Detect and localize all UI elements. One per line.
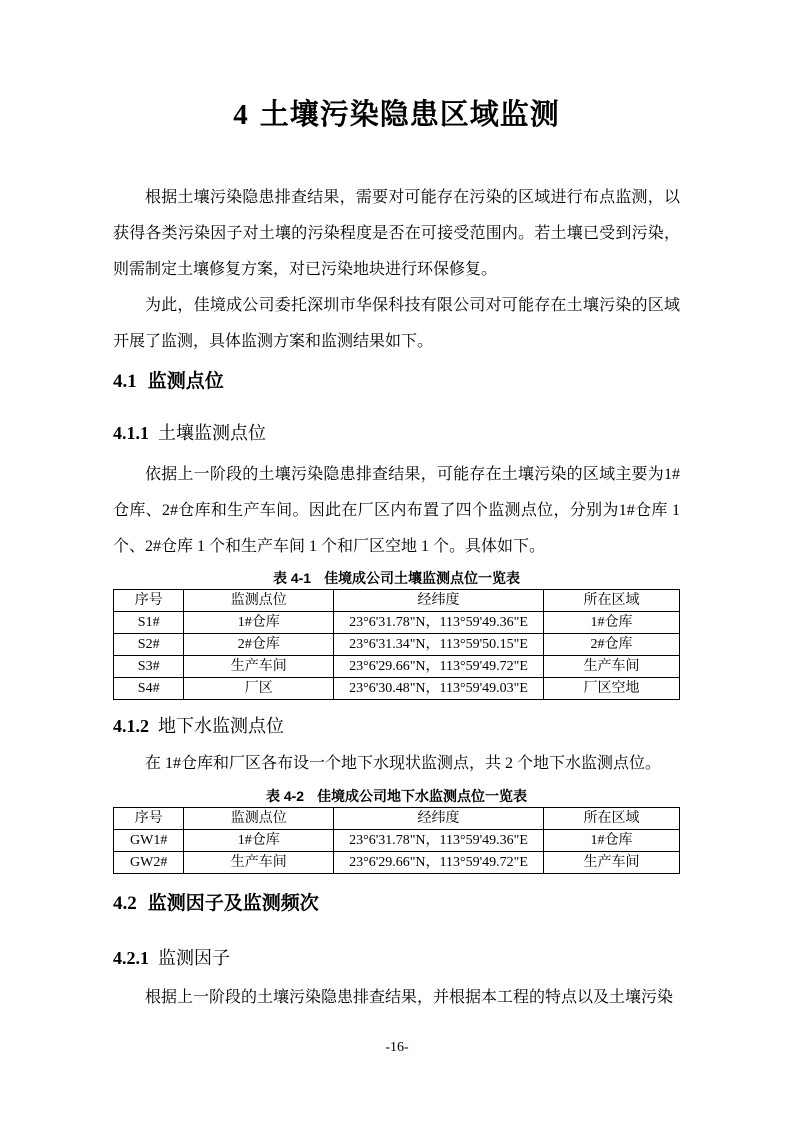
header-cell: 经纬度 [334, 808, 544, 830]
heading-4-1: 4.1监测点位 [113, 368, 680, 395]
heading-4-2-1: 4.2.1监测因子 [113, 945, 680, 972]
cell-serial: S2# [114, 634, 184, 656]
heading-4-2: 4.2监测因子及监测频次 [113, 890, 680, 917]
table-caption-text: 佳境成公司地下水监测点位一览表 [317, 788, 527, 804]
header-cell: 序号 [114, 808, 184, 830]
heading-number: 4.1 [113, 371, 137, 392]
header-cell: 序号 [114, 590, 184, 612]
table-row: GW2# 生产车间 23°6'29.66"N，113°59'49.72"E 生产… [114, 852, 680, 874]
cell-coordinates: 23°6'31.78"N，113°59'49.36"E [334, 612, 544, 634]
header-cell: 监测点位 [184, 808, 334, 830]
paragraph-4-1-1: 依据上一阶段的土壤污染隐患排查结果，可能存在土壤污染的区域主要为1#仓库、2#仓… [113, 457, 680, 565]
cell-point: 生产车间 [184, 656, 334, 678]
heading-text: 土壤监测点位 [158, 423, 266, 443]
table-row: S4# 厂区 23°6'30.48"N，113°59'49.03"E 厂区空地 [114, 678, 680, 700]
chapter-title-text: 土壤污染隐患区域监测 [260, 99, 560, 131]
table-4-2-caption: 表 4-2佳境成公司地下水监测点位一览表 [113, 785, 680, 807]
heading-number: 4.1.1 [113, 423, 149, 443]
cell-point: 2#仓库 [184, 634, 334, 656]
soil-monitoring-table: 序号 监测点位 经纬度 所在区域 S1# 1#仓库 23°6'31.78"N，1… [113, 589, 680, 700]
heading-text: 监测因子 [158, 948, 230, 968]
heading-text: 监测因子及监测频次 [148, 893, 319, 914]
groundwater-monitoring-table: 序号 监测点位 经纬度 所在区域 GW1# 1#仓库 23°6'31.78"N，… [113, 807, 680, 874]
page-title: 4土壤污染隐患区域监测 [113, 96, 680, 134]
chapter-number: 4 [233, 99, 248, 131]
header-cell: 经纬度 [334, 590, 544, 612]
table-header-row: 序号 监测点位 经纬度 所在区域 [114, 808, 680, 830]
table-header-row: 序号 监测点位 经纬度 所在区域 [114, 590, 680, 612]
cell-coordinates: 23°6'31.34"N，113°59'50.15"E [334, 634, 544, 656]
table-4-1-caption: 表 4-1佳境成公司土壤监测点位一览表 [113, 567, 680, 589]
heading-number: 4.1.2 [113, 716, 149, 736]
cell-serial: GW1# [114, 830, 184, 852]
intro-paragraph-1: 根据土壤污染隐患排查结果，需要对可能存在污染的区域进行布点监测，以获得各类污染因… [113, 180, 680, 288]
intro-paragraph-2: 为此，佳境成公司委托深圳市华保科技有限公司对可能存在土壤污染的区域开展了监测，具… [113, 288, 680, 360]
page-number: -16- [0, 1038, 794, 1058]
cell-point: 生产车间 [184, 852, 334, 874]
header-cell: 所在区域 [543, 808, 679, 830]
heading-text: 监测点位 [148, 371, 224, 392]
cell-area: 生产车间 [543, 656, 679, 678]
cell-coordinates: 23°6'29.66"N，113°59'49.72"E [334, 852, 544, 874]
cell-area: 厂区空地 [543, 678, 679, 700]
heading-4-1-1: 4.1.1土壤监测点位 [113, 420, 680, 447]
cell-serial: S3# [114, 656, 184, 678]
cell-area: 1#仓库 [543, 612, 679, 634]
heading-4-1-2: 4.1.2地下水监测点位 [113, 713, 680, 740]
cell-area: 1#仓库 [543, 830, 679, 852]
paragraph-4-1-2: 在 1#仓库和厂区各布设一个地下水现状监测点，共 2 个地下水监测点位。 [113, 746, 680, 782]
cell-serial: GW2# [114, 852, 184, 874]
cell-serial: S1# [114, 612, 184, 634]
table-caption-label: 表 4-1 [273, 570, 311, 586]
table-caption-text: 佳境成公司土壤监测点位一览表 [324, 570, 520, 586]
cell-point: 厂区 [184, 678, 334, 700]
cell-coordinates: 23°6'29.66"N，113°59'49.72"E [334, 656, 544, 678]
table-row: S1# 1#仓库 23°6'31.78"N，113°59'49.36"E 1#仓… [114, 612, 680, 634]
table-caption-label: 表 4-2 [266, 788, 304, 804]
header-cell: 监测点位 [184, 590, 334, 612]
cell-point: 1#仓库 [184, 612, 334, 634]
document-page: 4土壤污染隐患区域监测 根据土壤污染隐患排查结果，需要对可能存在污染的区域进行布… [0, 0, 794, 1123]
paragraph-4-2-1: 根据上一阶段的土壤污染隐患排查结果，并根据本工程的特点以及土壤污染 [113, 980, 680, 1016]
header-cell: 所在区域 [543, 590, 679, 612]
table-row: S3# 生产车间 23°6'29.66"N，113°59'49.72"E 生产车… [114, 656, 680, 678]
table-row: S2# 2#仓库 23°6'31.34"N，113°59'50.15"E 2#仓… [114, 634, 680, 656]
cell-area: 生产车间 [543, 852, 679, 874]
cell-serial: S4# [114, 678, 184, 700]
cell-coordinates: 23°6'30.48"N，113°59'49.03"E [334, 678, 544, 700]
cell-coordinates: 23°6'31.78"N，113°59'49.36"E [334, 830, 544, 852]
heading-number: 4.2 [113, 893, 137, 914]
heading-number: 4.2.1 [113, 948, 149, 968]
cell-point: 1#仓库 [184, 830, 334, 852]
table-row: GW1# 1#仓库 23°6'31.78"N，113°59'49.36"E 1#… [114, 830, 680, 852]
heading-text: 地下水监测点位 [158, 716, 284, 736]
cell-area: 2#仓库 [543, 634, 679, 656]
